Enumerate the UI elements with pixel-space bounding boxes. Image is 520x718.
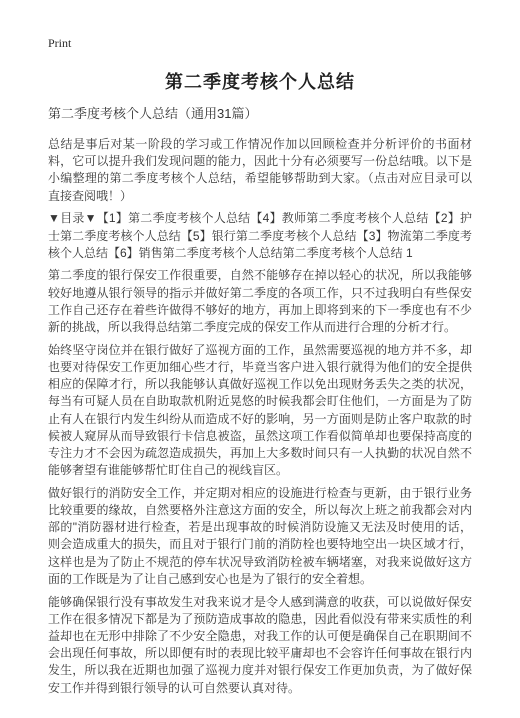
body-paragraph-3: 做好银行的消防安全工作，并定期对相应的设施进行检查与更新，由于银行业务比较重要的… [48,485,472,588]
intro-paragraph: 总结是事后对某一阶段的学习或工作情况作加以回顾检查并分析评价的书面材料，它可以提… [48,136,472,205]
document-page: Print 第二季度考核个人总结 第二季度考核个人总结（通用31篇） 总结是事后… [0,0,520,718]
toc-paragraph[interactable]: ▼目录▼【1】第二季度考核个人总结【4】教师第二季度考核个人总结【2】护士第二季… [48,210,472,262]
body-paragraph-4: 能够确保银行没有事故发生对我来说才是令人感到满意的收获，可以说做好保安工作在很多… [48,594,472,697]
article-subtitle: 第二季度考核个人总结（通用31篇） [48,105,472,122]
print-button[interactable]: Print [48,37,71,50]
page-title: 第二季度考核个人总结 [48,71,472,94]
body-paragraph-1: 第二季度的银行保安工作很重要，自然不能够存在掉以轻心的状况，所以我能够较好地遵从… [48,267,472,336]
body-paragraph-2: 始终坚守岗位并在银行做好了巡视方面的工作，虽然需要巡视的地方并不多，却也要对待保… [48,342,472,480]
